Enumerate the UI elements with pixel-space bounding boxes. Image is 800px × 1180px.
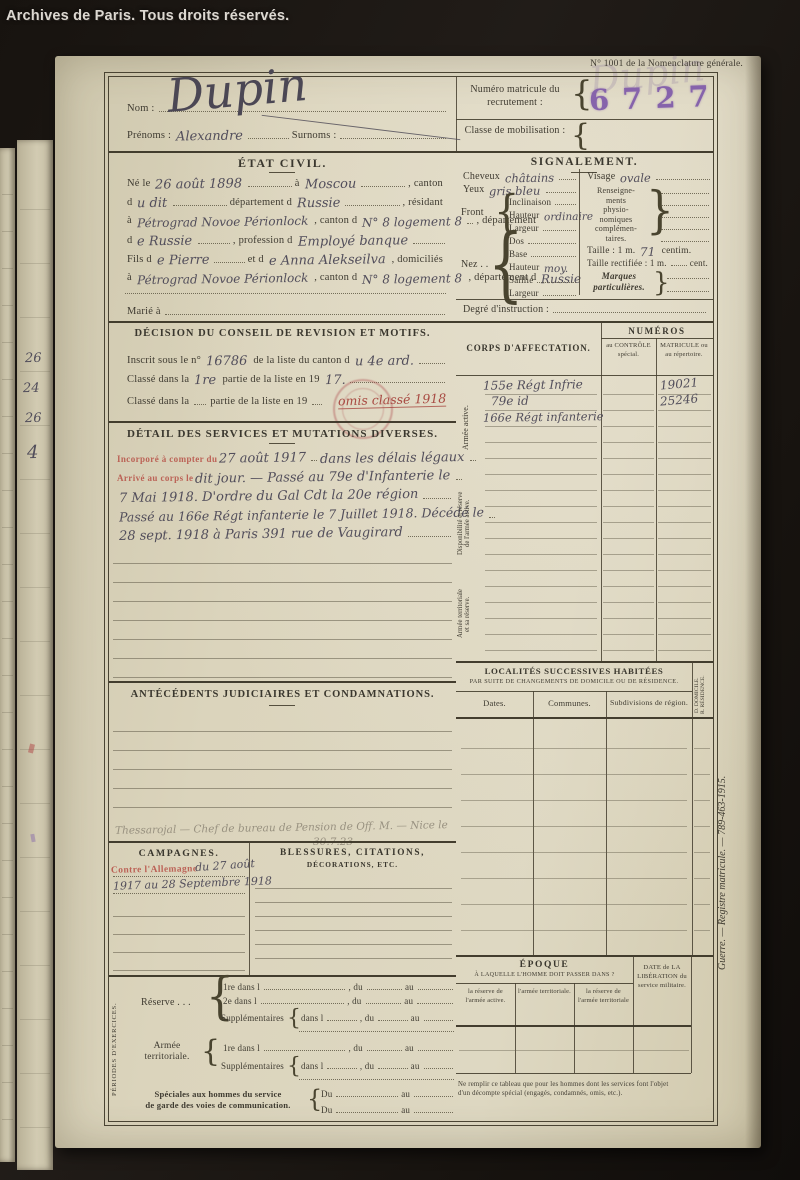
blank-line [661, 241, 709, 242]
blank-line [248, 186, 292, 187]
ruled-lines [113, 899, 245, 973]
ruled-lines [113, 545, 452, 678]
epoque-col-2: l'armée territoriale. [517, 988, 572, 997]
nez-label: Nez . . [461, 259, 489, 270]
label: Inscrit sous le n° [127, 355, 201, 366]
label: Marques [587, 271, 651, 282]
blank-line [467, 223, 473, 224]
territoriale-periode-1-row: 1re dans l , du au [221, 1043, 454, 1054]
rule-line [109, 151, 713, 153]
ruled-lines [658, 379, 711, 657]
handwritten-value: 17. [325, 374, 346, 387]
localites-title: LOCALITÉS SUCCESSIVES HABITÉES [456, 666, 692, 676]
blank-line [470, 460, 476, 461]
blank-line [414, 1096, 453, 1097]
handwritten-value: u 4e ard. [355, 355, 414, 369]
blank-line [125, 293, 446, 294]
label: , canton d [314, 215, 357, 226]
rule-line [456, 955, 713, 957]
marie-label: Marié à [127, 306, 161, 317]
label: au [404, 996, 413, 1006]
blank-line [537, 282, 576, 283]
reserve-periode-2-row: 2e dans l , du au [221, 996, 454, 1007]
subdivisions-col-header: Subdivisions de région. [606, 698, 692, 707]
handwritten-value: 71 [640, 246, 655, 258]
etat-civil-row-profession: d e Russie , profession d Employé banque [125, 234, 446, 247]
matricule-form: Nom : Dupin Prénoms : Alexandre Surnoms … [108, 76, 714, 1122]
label: particulières. [587, 282, 651, 293]
periodes-side-label: PÉRIODES D'EXERCICES. [111, 982, 118, 1117]
etat-civil-row-domicile-parents: à Pétrograd Novoe Périonlock , canton d … [125, 272, 446, 284]
blank-line [165, 314, 445, 315]
label: à [127, 272, 132, 283]
nom-label: Nom : [127, 103, 155, 114]
rule-line [601, 321, 602, 661]
label: Renseigne- [585, 186, 647, 196]
edge-number: 4 [27, 444, 39, 462]
blank-line [667, 278, 709, 279]
label: Du [321, 1105, 332, 1115]
label: Degré d'instruction : [463, 304, 549, 315]
blank-line [378, 1068, 407, 1069]
reserve-label: Réserve . . . [141, 997, 191, 1008]
label: Armée territoriale [457, 571, 464, 657]
label: , canton [408, 178, 443, 189]
blank-line [418, 1050, 453, 1051]
prenoms-label: Prénoms : [127, 130, 171, 141]
handwritten-value: 1re [194, 374, 216, 387]
blank-line [366, 1003, 402, 1004]
rule-line [456, 299, 713, 300]
epoque-subtitle: À LAQUELLE L'HOMME DOIT PASSER DANS ? [456, 972, 633, 978]
brace-glyph: { [571, 121, 590, 151]
blank-line [553, 312, 706, 313]
edge-number: 26 [25, 412, 42, 425]
handwritten-value: Pétrograd Novoe Périonlock [137, 215, 309, 229]
blank-line [555, 204, 576, 205]
surnoms-label: Surnoms : [292, 130, 337, 141]
blank-line [546, 192, 576, 193]
epoque-note: Ne remplir ce tableau que pour les homme… [458, 1080, 691, 1098]
label: de la liste du canton d [253, 355, 349, 366]
blank-line [423, 498, 451, 499]
blank-line [417, 1003, 453, 1004]
label: au [405, 982, 414, 992]
incorpore-stamp: Incorporé à compter du [117, 454, 217, 464]
blank-line [543, 295, 576, 296]
numeros-header: NUMÉROS [601, 326, 713, 336]
label: , domiciliés [392, 254, 443, 265]
nomenclature-note: N° 1001 de la Nomenclature générale. [590, 59, 743, 69]
front-inclinaison-row: Inclinaison [507, 197, 577, 208]
rule-line [691, 955, 692, 1073]
blank-line [656, 179, 710, 180]
title-dash [269, 172, 295, 173]
blank-line [661, 193, 709, 194]
rule-line [20, 156, 50, 1152]
label: centim. [662, 246, 692, 256]
nez-base-row: Base [507, 249, 577, 260]
document-scan: Archives de Paris. Tous droits réservés.… [0, 0, 800, 1180]
rule-line [579, 169, 580, 295]
label: à [295, 178, 300, 189]
handwritten-value: Employé banque [298, 234, 408, 249]
handwritten-value: 26 août 1898 [155, 177, 242, 191]
note-line: d'un décompte spécial (engagés, condamné… [458, 1089, 691, 1098]
blank-line [367, 989, 402, 990]
rule-line [109, 321, 713, 323]
etat-civil-row-residence: à Pétrograd Novoe Périonlock , canton d … [125, 215, 446, 227]
blank-line [336, 1112, 398, 1113]
blank-line [113, 893, 245, 894]
decision-title: DÉCISION DU CONSEIL DE REVISION ET MOTIF… [109, 328, 456, 339]
supplementaires-label: Supplémentaires [221, 1013, 284, 1023]
label: 1re dans l [223, 982, 260, 992]
services-title: DÉTAIL DES SERVICES ET MUTATIONS DIVERSE… [109, 428, 456, 440]
services-line-2: Arrivé au corps le dit jour. — Passé au … [117, 470, 452, 483]
date-liberation-header: DATE de LA LIBÉRATION du service militai… [635, 963, 689, 990]
armee-active-label: Armée active. [461, 382, 470, 474]
label: au [405, 1043, 414, 1053]
speciales-row-1: Du au [319, 1089, 454, 1100]
reserve-supplementaires-row: dans l , du au [299, 1013, 454, 1024]
label: , canton d [314, 272, 357, 283]
blank-line [312, 404, 321, 405]
label: Inclinaison [509, 197, 551, 207]
label: partie de la liste en 19 [222, 374, 319, 385]
blank-line [336, 1096, 398, 1097]
register-margin-note: Guerre. — Registre matricule. — 789-463-… [717, 638, 728, 1108]
classe-mobilisation-label: Classe de mobilisation : [461, 124, 569, 137]
label: Largeur [509, 288, 539, 298]
communes-col-header: Communes. [533, 698, 606, 708]
blank-line [424, 1020, 453, 1021]
blank-line [661, 217, 709, 218]
blank-line [528, 243, 576, 244]
campagnes-title: CAMPAGNES. [109, 848, 249, 859]
label: de l'armée active. [464, 479, 471, 567]
handwritten-value: châtains [505, 172, 554, 184]
page-edge-strip-inner: 26 24 26 4 [17, 140, 53, 1170]
label: , du [348, 1043, 362, 1053]
blank-line [264, 989, 345, 990]
edge-number: 24 [23, 382, 40, 395]
antecedents-title: ANTÉCÉDENTS JUDICIAIRES ET CONDAMNATIONS… [109, 689, 456, 700]
blank-line [424, 1068, 453, 1069]
edge-number: 26 [25, 352, 42, 365]
armee-territoriale-label: Armée territoriale. [135, 1041, 199, 1063]
matricule-label: Numéro matricule du recrutement : [461, 83, 569, 109]
corps-affectation-header: CORPS D'AFFECTATION. [456, 343, 601, 353]
blank-line [378, 1020, 407, 1021]
controle-col-header: au CONTRÔLE spécial. [602, 342, 655, 359]
blank-line [198, 243, 230, 244]
rule-line [456, 1073, 691, 1074]
contre-allemagne-stamp: Contre l'Allemagne [111, 864, 198, 876]
handwritten-value: e Pierre [157, 254, 210, 268]
label: au [401, 1105, 410, 1115]
marie-row: Marié à [125, 306, 446, 318]
label: , résidant [403, 197, 444, 208]
matricule-number-stamp: 6727 [588, 79, 722, 118]
corps-entry: 155e Régt Infrie [483, 378, 583, 391]
handwritten-value: dans les délais légaux [320, 451, 465, 466]
handwritten-value: 7 Mai 1918. D'ordre du Gal Cdt la 20e ré… [119, 488, 419, 505]
blank-line [248, 138, 289, 139]
services-line-4: Passé au 166e Régt infanterie le 7 Juill… [117, 508, 452, 521]
blank-line [299, 1031, 454, 1032]
blank-line [113, 876, 245, 877]
blessures-title: BLESSURES, CITATIONS, [249, 848, 456, 858]
territoriale-label: Armée territoriale et sa réserve. [457, 571, 471, 657]
label: au [401, 1089, 410, 1099]
matricule-col-header: MATRICULE ou au répertoire. [657, 342, 711, 359]
blank-line [408, 536, 451, 537]
blank-line [661, 205, 709, 206]
renseignements-label: Renseigne- ments physio- nomiques complé… [585, 186, 647, 243]
handwritten-value: 28 sept. 1918 à Paris 391 rue de Vaugira… [119, 526, 403, 543]
blank-line [418, 989, 453, 990]
handwritten-value: e Russie [137, 235, 192, 249]
label: à [127, 215, 132, 226]
etat-civil-row-canton: d u dit département d Russie , résidant [125, 196, 446, 209]
label: Fils d [127, 254, 152, 265]
etat-civil-row-parents: Fils d e Pierre et d e Anna Alekseilva ,… [125, 253, 446, 266]
handwritten-value: dit jour. — Passé au 79e d'Infanterie le [195, 469, 450, 486]
label: Né le [127, 178, 150, 189]
blank-line [214, 262, 244, 263]
label: Yeux [463, 184, 484, 195]
disponibilite-label: Disponibilité et réserve de l'armée acti… [457, 479, 471, 567]
rule-line [456, 691, 692, 692]
rule-line [2, 158, 13, 1148]
label: Taille rectifiée : 1 m. [587, 258, 667, 268]
label: Spéciales aux hommes du service [129, 1089, 307, 1100]
blank-line [413, 243, 445, 244]
handwritten-value: Pétrograd Novoe Périonlock [137, 272, 309, 286]
label: Armée [135, 1041, 199, 1052]
blank-line [667, 291, 709, 292]
label: Hauteur [509, 262, 539, 272]
label: , du [348, 982, 362, 992]
reserve-periode-1-row: 1re dans l , du au [221, 982, 454, 993]
label: nomiques [585, 215, 647, 225]
nez-saillie-row: Saillie [507, 275, 577, 286]
blank-line [361, 186, 405, 187]
label: Visage [587, 171, 615, 182]
label: , du [360, 1013, 374, 1023]
nez-hauteur-row: Hauteur moy. [507, 262, 577, 273]
blank-line [261, 1003, 344, 1004]
label: partie de la liste en 19 [210, 396, 307, 407]
label: 1re dans l [223, 1043, 260, 1053]
campagne-handwritten-1: du 27 août [195, 858, 255, 873]
rule-line [601, 338, 713, 339]
handwritten-value: Passé au 166e Régt infanterie le 7 Juill… [119, 506, 484, 524]
blessures-subtitle: DÉCORATIONS, ETC. [249, 860, 456, 869]
label: 2e dans l [223, 996, 257, 1006]
blank-line [340, 138, 446, 139]
label: taires. [585, 234, 647, 244]
label: , du [347, 996, 361, 1006]
label: Base [509, 249, 527, 259]
ruled-lines [461, 723, 687, 953]
label: cent. [690, 258, 708, 268]
brace-glyph: } [653, 270, 670, 296]
ruled-lines [603, 379, 654, 657]
speciales-label: Spéciales aux hommes du service de garde… [129, 1089, 307, 1111]
handwritten-value: Moscou [305, 178, 356, 192]
nez-dos-row: Dos [507, 236, 577, 247]
services-line-3: 7 Mai 1918. D'ordre du Gal Cdt la 20e ré… [117, 489, 452, 502]
label: Dos [509, 236, 524, 246]
label: de garde des voies de communication. [129, 1100, 307, 1111]
epoque-title: ÉPOQUE [456, 960, 633, 970]
cheveux-row: Cheveux châtains [461, 171, 577, 183]
note-line: Ne remplir ce tableau que pour les homme… [458, 1080, 691, 1089]
ruled-lines [255, 875, 452, 972]
label: Cheveux [463, 171, 500, 182]
prenoms-row: Prénoms : Alexandre Surnoms : [125, 129, 447, 142]
handwritten-value: moy. [544, 263, 568, 274]
rule-line [109, 681, 456, 683]
rule-line [456, 717, 713, 719]
blank-line [419, 363, 445, 364]
front-label: Front [461, 207, 484, 218]
blank-line [559, 179, 576, 180]
label: d [127, 235, 132, 246]
handwritten-value: N° 8 logement 8 [362, 272, 462, 285]
epoque-col-3: la réserve de l'armée territoriale [576, 988, 631, 1005]
brace-glyph: { [201, 1037, 220, 1067]
supplementaires-label: Supplémentaires [221, 1061, 284, 1071]
arrive-corps-stamp: Arrivé au corps le [117, 473, 193, 483]
label: physio- [585, 205, 647, 215]
blank-line [194, 404, 206, 405]
label: Classé dans la [127, 396, 189, 407]
blank-line [311, 460, 317, 461]
rule-line [456, 661, 713, 663]
page-fold-shadow [745, 56, 761, 1148]
label: complémen- [585, 224, 647, 234]
label: département d [230, 197, 292, 208]
ruled-lines [694, 723, 710, 953]
services-line-5: 28 sept. 1918 à Paris 391 rue de Vaugira… [117, 527, 452, 540]
etat-civil-row-naissance: Né le 26 août 1898 à Moscou , canton [125, 177, 446, 190]
blank-line [345, 205, 399, 206]
label: d [127, 197, 132, 208]
rule-line [692, 661, 693, 955]
matricule-entry: 25246 [660, 392, 699, 407]
corps-entry: 166e Régt infanterie [483, 411, 604, 424]
blank-line [327, 1068, 356, 1069]
handwritten-value: 27 août 1917 [219, 451, 306, 465]
services-line-1: Incorporé à compter du 27 août 1917 dans… [117, 451, 452, 464]
label: au [411, 1013, 420, 1023]
handwritten-value: Russie [297, 197, 341, 211]
title-dash [269, 443, 295, 444]
territoriale-supplementaires-row: dans l , du au [299, 1061, 454, 1072]
epoque-col-1: la réserve de l'armée active. [458, 988, 513, 1005]
archive-watermark: Archives de Paris. Tous droits réservés. [6, 8, 289, 24]
label: , du [360, 1061, 374, 1071]
matricule-entry: 19021 [660, 376, 699, 391]
label: dans l [301, 1061, 323, 1071]
rule-line [456, 983, 633, 984]
nez-largeur-row: Largeur [507, 288, 577, 299]
page-edge-strip-outer [0, 148, 15, 1162]
decision-row-classe-1: Classé dans la 1re partie de la liste en… [125, 373, 446, 386]
rule-line [109, 975, 456, 977]
degre-instruction-row: Degré d'instruction : [461, 304, 707, 316]
ruled-lines [459, 1029, 689, 1071]
label: Taille : 1 m. [587, 246, 635, 256]
dates-col-header: Dates. [456, 698, 533, 708]
label: dans l [301, 1013, 323, 1023]
label: et d [248, 254, 264, 265]
title-dash [269, 705, 295, 706]
label: territoriale. [135, 1052, 199, 1063]
label: ments [585, 196, 647, 206]
label: et sa réserve. [464, 571, 471, 657]
blank-line [661, 229, 709, 230]
handwritten-value: N° 8 logement 8 [362, 215, 462, 228]
label: au [411, 1061, 420, 1071]
handwritten-value: 16786 [206, 355, 248, 369]
blank-line [264, 1050, 345, 1051]
rule-line [109, 841, 456, 843]
handwritten-value: u dit [137, 197, 167, 210]
corps-entry: 79e id [491, 395, 529, 408]
decision-row-inscrit: Inscrit sous le n° 16786 de la liste du … [125, 354, 446, 367]
taille-rectifiee-row: Taille rectifiée : 1 m. cent. [585, 258, 711, 269]
label: Du [321, 1089, 332, 1099]
etat-civil-title: ÉTAT CIVIL. [109, 156, 456, 171]
label: Classé dans la [127, 374, 189, 385]
rule-line [456, 1025, 691, 1027]
marques-label: Marques particulières. [587, 271, 651, 293]
rule-line [456, 375, 713, 376]
taille-row: Taille : 1 m. 71 centim. [585, 245, 711, 257]
handwritten-value: e Anna Alekseilva [269, 253, 386, 268]
blank-line [671, 265, 687, 266]
localites-subtitle: PAR SUITE DE CHANGEMENTS DE DOMICILE OU … [456, 678, 692, 685]
prenoms-handwritten: Alexandre [176, 130, 243, 144]
blank-line [543, 230, 576, 231]
blank-line [367, 1050, 402, 1051]
blank-line [173, 205, 227, 206]
rule-line [656, 338, 657, 661]
speciales-row-2: Du au [319, 1105, 454, 1116]
decision-row-classe-2: Classé dans la partie de la liste en 19 … [125, 392, 446, 408]
register-page: Dupin N° 1001 de la Nomenclature général… [55, 56, 761, 1148]
signalement-title: SIGNALEMENT. [456, 156, 713, 168]
blank-line [531, 256, 576, 257]
blank-line [414, 1112, 453, 1113]
ruled-lines [113, 713, 452, 823]
label: , profession d [233, 235, 293, 246]
blank-line [327, 1020, 356, 1021]
blank-line [299, 1079, 454, 1080]
label: Disponibilité et réserve [457, 479, 464, 567]
label: Saillie [509, 275, 533, 285]
rule-line [109, 421, 456, 423]
